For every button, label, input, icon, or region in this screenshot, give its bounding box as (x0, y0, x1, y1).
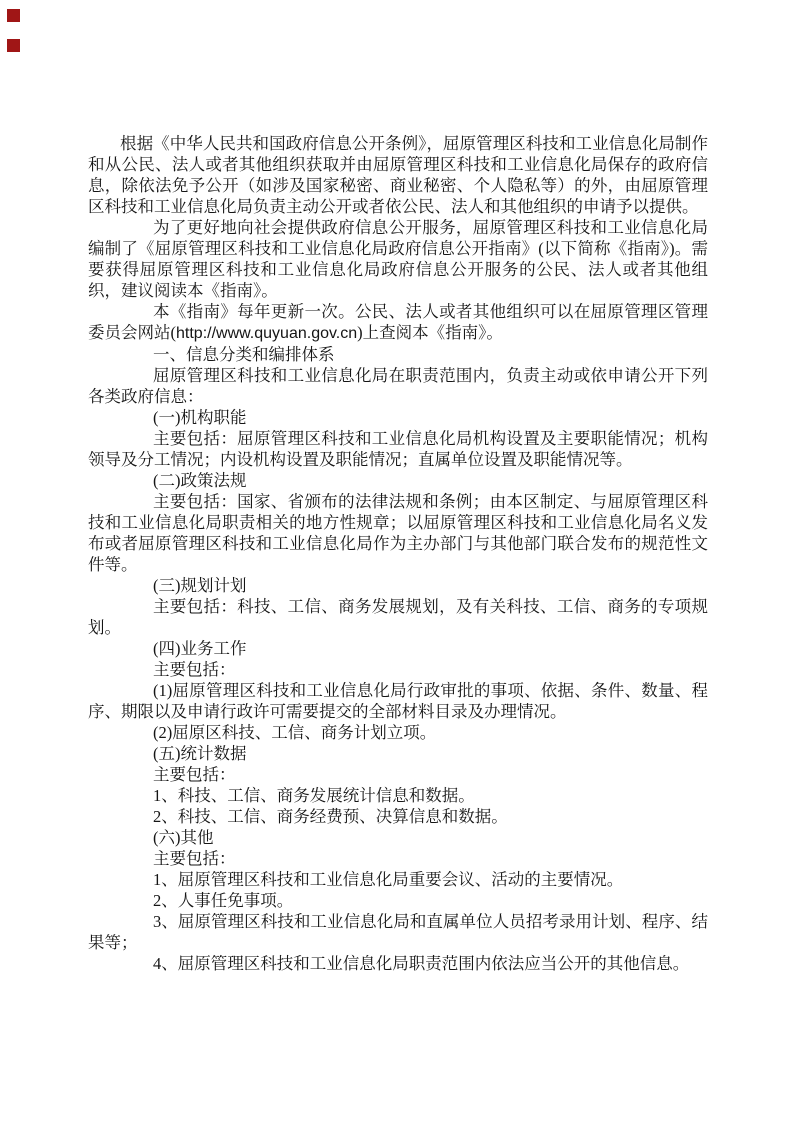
category-1-body: 主要包括：屈原管理区科技和工业信息化局机构设置及主要职能情况；机构领导及分工情况… (88, 428, 708, 470)
text-run: 主要包括： (153, 765, 236, 784)
text-run: 1、屈原管理区科技和工业信息化局重要会议、活动的主要情况。 (153, 870, 623, 889)
category-5-lead: 主要包括： (88, 764, 708, 785)
text-run: 主要包括：屈原管理区科技和工业信息化局机构设置及主要职能情况；机构领导及分工情况… (88, 429, 708, 469)
text-run: (六)其他 (153, 828, 214, 847)
text-run: 3、屈原管理区科技和工业信息化局和直属单位人员招考录用计划、程序、结果等； (88, 912, 708, 952)
text-run: 主要包括： (153, 849, 236, 868)
text-run: 主要包括：国家、省颁布的法律法规和条例；由本区制定、与屈原管理区科技和工业信息化… (88, 492, 708, 574)
text-run: (1)屈原管理区科技和工业信息化局行政审批的事项、依据、条件、数量、程序、期限以… (88, 681, 708, 721)
text-run: (二)政策法规 (153, 471, 247, 490)
category-4-heading: (四)业务工作 (88, 638, 708, 659)
text-run: (2)屈原区科技、工信、商务计划立项。 (153, 723, 436, 742)
category-6-item-4: 4、屈原管理区科技和工业信息化局职责范围内依法应当公开的其他信息。 (88, 953, 708, 974)
text-run: (一)机构职能 (153, 408, 247, 427)
category-1-heading: (一)机构职能 (88, 407, 708, 428)
category-6-item-3: 3、屈原管理区科技和工业信息化局和直属单位人员招考录用计划、程序、结果等； (88, 911, 708, 953)
text-run: 根据《中华人民共和国政府信息公开条例》，屈原管理区科技和工业信息化局制作和从公民… (88, 134, 708, 216)
scope-paragraph: 屈原管理区科技和工业信息化局在职责范围内，负责主动或依申请公开下列各类政府信息： (88, 365, 708, 407)
text-run: (四)业务工作 (153, 639, 247, 658)
category-6-heading: (六)其他 (88, 827, 708, 848)
category-5-item-1: 1、科技、工信、商务发展统计信息和数据。 (88, 785, 708, 806)
text-run: 主要包括：科技、工信、商务发展规划，及有关科技、工信、商务的专项规划。 (88, 597, 708, 637)
category-6-item-1: 1、屈原管理区科技和工业信息化局重要会议、活动的主要情况。 (88, 869, 708, 890)
category-6-item-2: 2、人事任免事项。 (88, 890, 708, 911)
category-5-heading: (五)统计数据 (88, 743, 708, 764)
website-url: http://www.quyuan.gov.cn (176, 325, 357, 342)
red-stamp-mark (7, 9, 20, 22)
document-body: 根据《中华人民共和国政府信息公开条例》，屈原管理区科技和工业信息化局制作和从公民… (88, 133, 708, 974)
text-run: 主要包括： (153, 660, 236, 679)
text-run: 2、科技、工信、商务经费预、决算信息和数据。 (153, 807, 508, 826)
text-run: 1、科技、工信、商务发展统计信息和数据。 (153, 786, 475, 805)
text-run: 为了更好地向社会提供政府信息公开服务，屈原管理区科技和工业信息化局编制了《屈原管… (88, 218, 708, 300)
category-2-heading: (二)政策法规 (88, 470, 708, 491)
category-5-item-2: 2、科技、工信、商务经费预、决算信息和数据。 (88, 806, 708, 827)
intro-paragraph: 根据《中华人民共和国政府信息公开条例》，屈原管理区科技和工业信息化局制作和从公民… (88, 133, 708, 217)
category-4-item-1: (1)屈原管理区科技和工业信息化局行政审批的事项、依据、条件、数量、程序、期限以… (88, 680, 708, 722)
text-run: (五)统计数据 (153, 744, 247, 763)
category-3-body: 主要包括：科技、工信、商务发展规划，及有关科技、工信、商务的专项规划。 (88, 596, 708, 638)
guide-compilation-paragraph: 为了更好地向社会提供政府信息公开服务，屈原管理区科技和工业信息化局编制了《屈原管… (88, 217, 708, 301)
red-stamp-mark (7, 39, 20, 52)
text-run: 2、人事任免事项。 (153, 891, 293, 910)
category-3-heading: (三)规划计划 (88, 575, 708, 596)
text-run: )上查阅本《指南》。 (357, 323, 503, 342)
text-run: (三)规划计划 (153, 576, 247, 595)
text-run: 4、屈原管理区科技和工业信息化局职责范围内依法应当公开的其他信息。 (153, 954, 689, 973)
guide-update-paragraph: 本《指南》每年更新一次。公民、法人或者其他组织可以在屈原管理区管理委员会网站(h… (88, 301, 708, 344)
category-2-body: 主要包括：国家、省颁布的法律法规和条例；由本区制定、与屈原管理区科技和工业信息化… (88, 491, 708, 575)
text-run: 一、信息分类和编排体系 (153, 345, 335, 364)
category-4-item-2: (2)屈原区科技、工信、商务计划立项。 (88, 722, 708, 743)
section-1-heading: 一、信息分类和编排体系 (88, 344, 708, 365)
category-6-lead: 主要包括： (88, 848, 708, 869)
category-4-lead: 主要包括： (88, 659, 708, 680)
document-page: 根据《中华人民共和国政府信息公开条例》，屈原管理区科技和工业信息化局制作和从公民… (0, 0, 793, 1122)
text-run: 屈原管理区科技和工业信息化局在职责范围内，负责主动或依申请公开下列各类政府信息： (88, 366, 708, 406)
